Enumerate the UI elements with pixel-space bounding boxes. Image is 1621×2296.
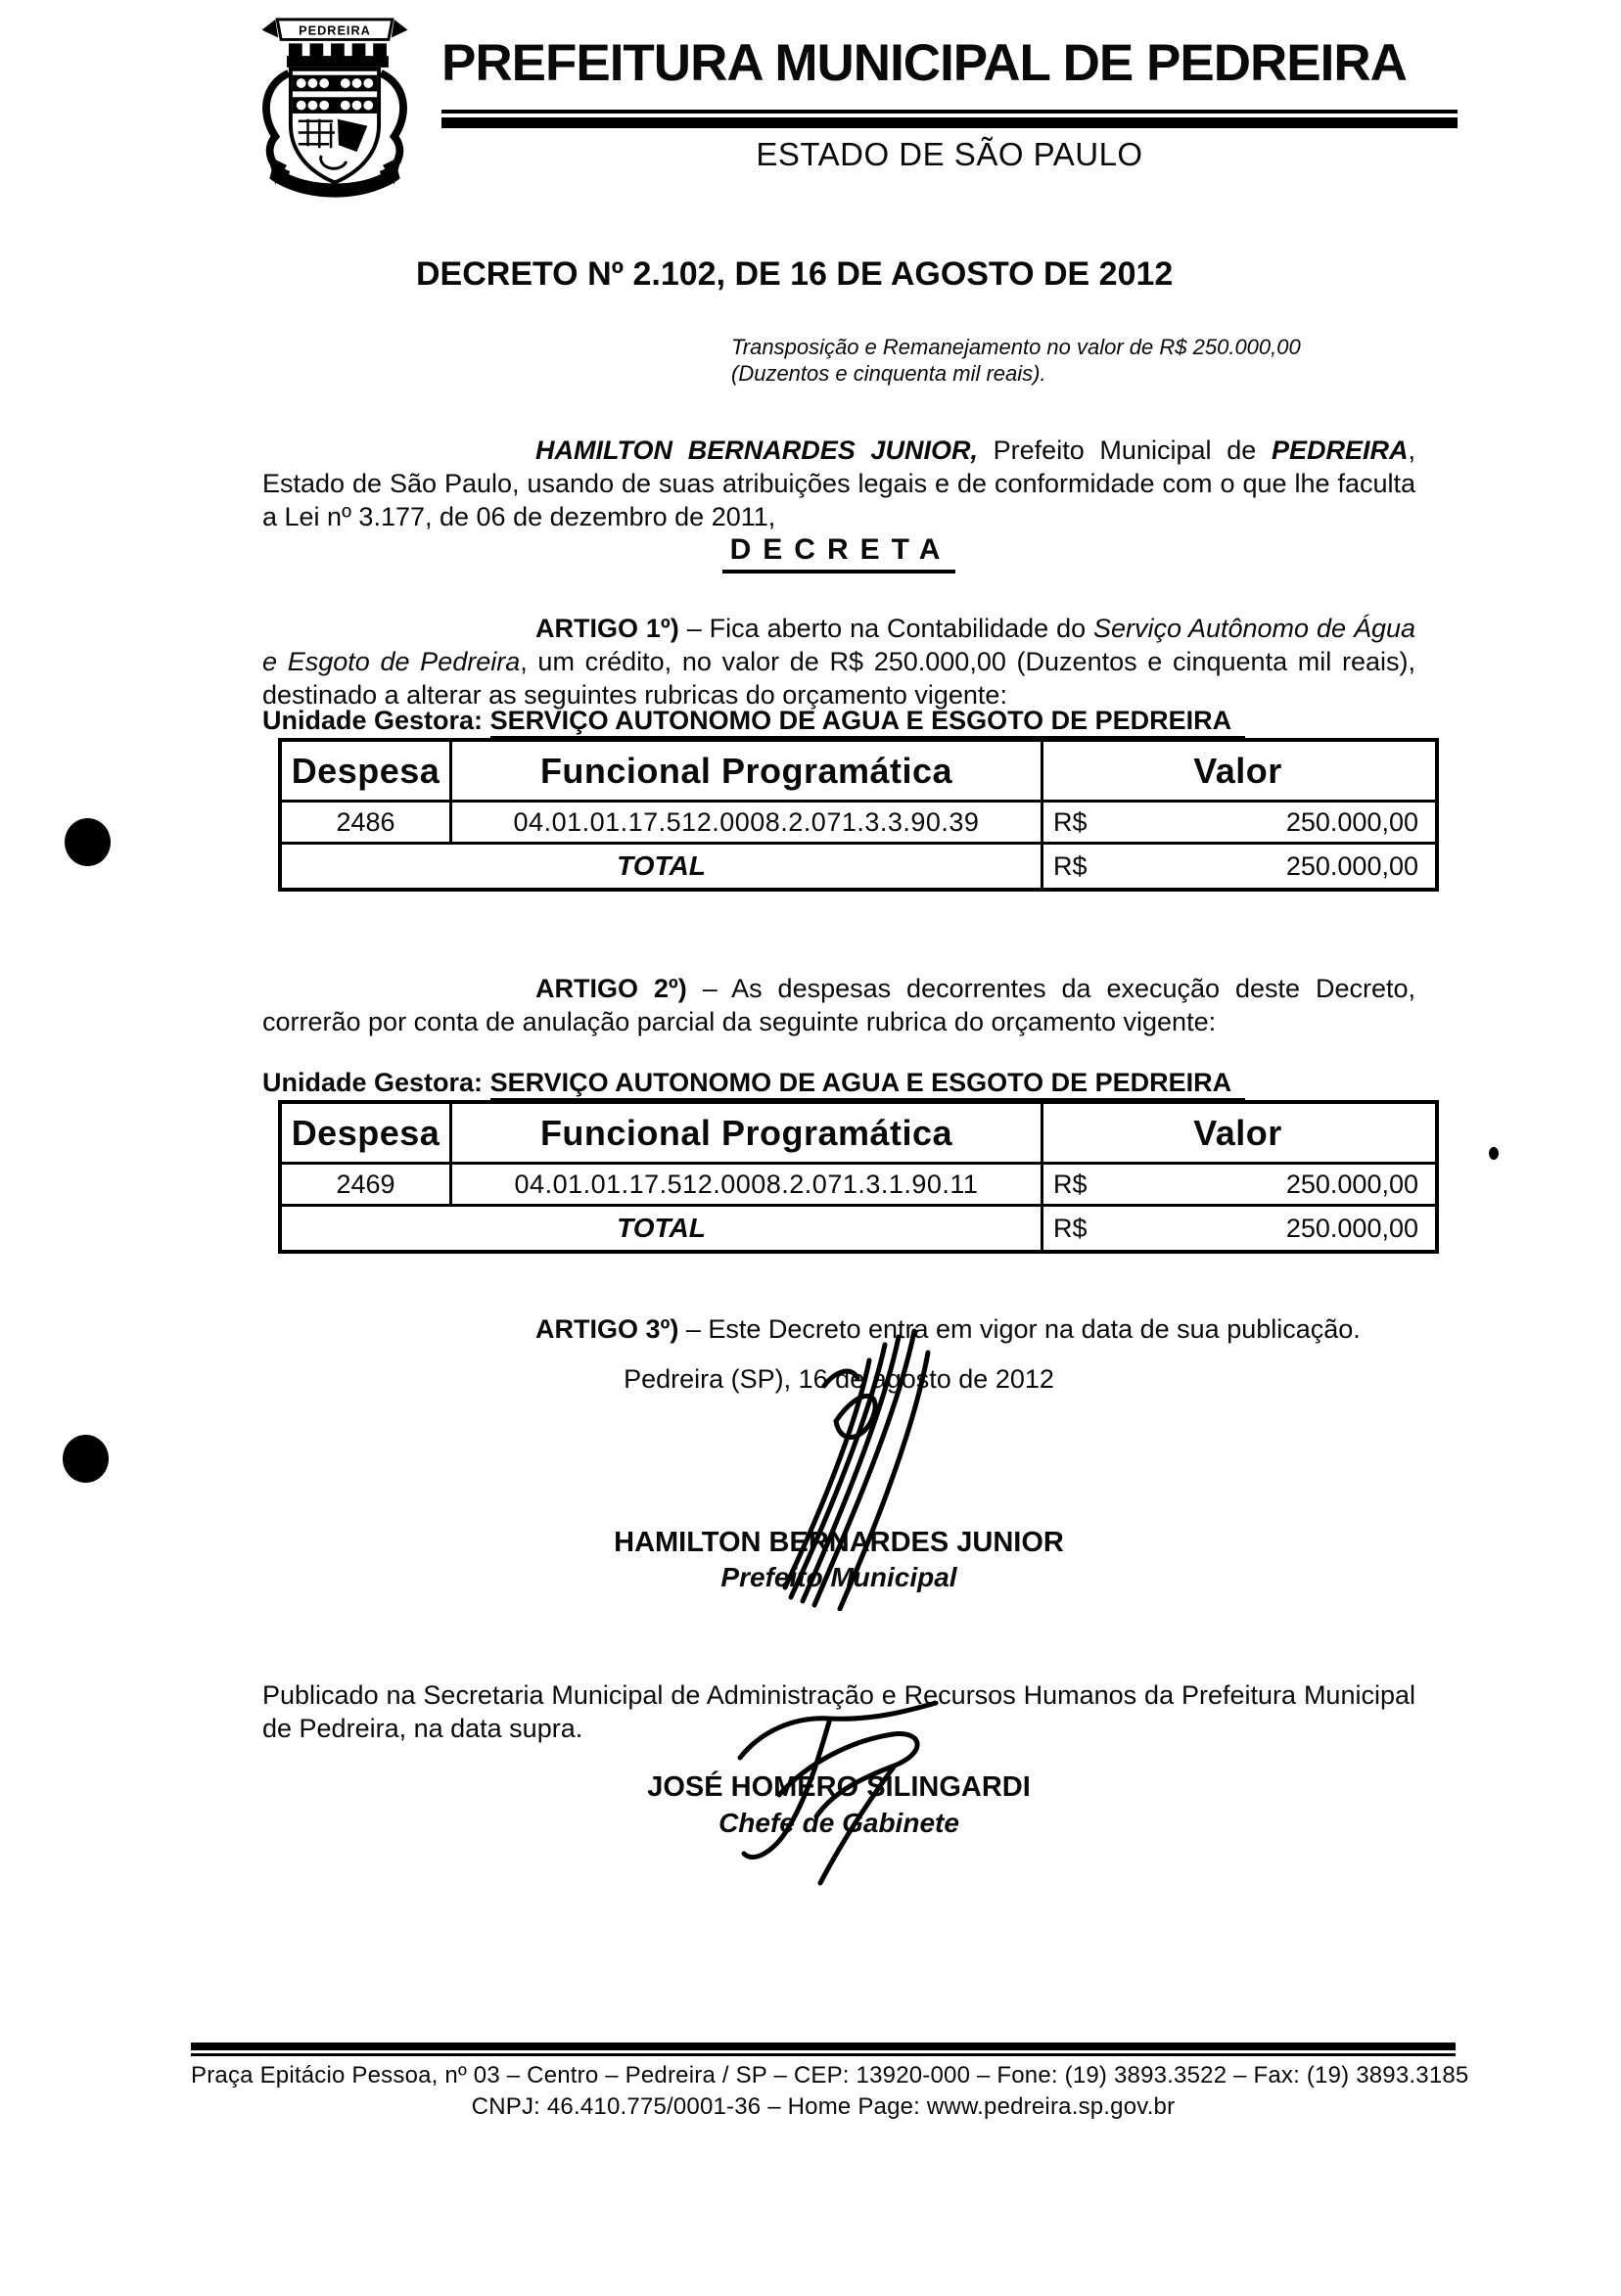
preamble-mid: Prefeito Municipal de [978, 436, 1272, 465]
unidade-gestora-1-value: SERVIÇO AUTONOMO DE AGUA E ESGOTO DE PED… [490, 706, 1246, 741]
budget-table-1: Despesa Funcional Programática Valor 248… [278, 738, 1439, 892]
currency-symbol: R$ [1053, 807, 1088, 838]
crest-banner-text: PEDREIRA [299, 23, 371, 38]
scanned-decree-page: PEDREIRA [0, 0, 1621, 2296]
currency-symbol: R$ [1053, 851, 1088, 882]
decree-epigraph: Transposição e Remanejamento no valor de… [731, 334, 1389, 387]
decreta-heading: DECRETA [722, 533, 956, 574]
total-valor: R$ 250.000,00 [1041, 845, 1432, 888]
column-header-despesa: Despesa [282, 1104, 449, 1162]
amount: 250.000,00 [1286, 851, 1418, 882]
budget-table-1-header-row: Despesa Funcional Programática Valor [282, 742, 1435, 803]
article-2-paragraph: ARTIGO 2º) – As despesas decorrentes da … [262, 972, 1415, 1038]
table-row: 2486 04.01.01.17.512.0008.2.071.3.3.90.3… [282, 803, 1435, 845]
header-organization: PREFEITURA MUNICIPAL DE PEDREIRA [441, 33, 1469, 93]
signature-2-name: JOSÉ HOMERO SILINGARDI [262, 1771, 1415, 1804]
column-header-despesa: Despesa [282, 742, 449, 800]
amount: 250.000,00 [1286, 807, 1418, 838]
signature-1-role: Prefeito Municipal [262, 1562, 1415, 1593]
cell-funcional: 04.01.01.17.512.0008.2.071.3.3.90.39 [449, 803, 1041, 842]
municipal-crest: PEDREIRA [247, 14, 423, 206]
amount: 250.000,00 [1286, 1214, 1418, 1244]
publication-note: Publicado na Secretaria Municipal de Adm… [262, 1678, 1415, 1745]
article-1-lead: – Fica aberto na Contabilidade do [679, 614, 1093, 643]
decree-title: DECRETO Nº 2.102, DE 16 DE AGOSTO DE 201… [416, 255, 1173, 294]
article-1-paragraph: ARTIGO 1º) – Fica aberto na Contabilidad… [262, 612, 1415, 712]
article-2-rest: – As despesas decorrentes da execução de… [262, 974, 1415, 1036]
column-header-valor: Valor [1041, 742, 1432, 800]
signature-2-role: Chefe de Gabinete [262, 1808, 1415, 1839]
preamble-city: PEDREIRA [1272, 436, 1409, 465]
article-2-label: ARTIGO 2º) [535, 974, 687, 1003]
column-header-funcional: Funcional Programática [449, 1104, 1041, 1162]
header-state: ESTADO DE SÃO PAULO [441, 136, 1458, 173]
table-total-row: TOTAL R$ 250.000,00 [282, 845, 1435, 888]
footer-cnpj: CNPJ: 46.410.775/0001-36 – Home Page: ww… [191, 2093, 1456, 2121]
total-label: TOTAL [282, 1207, 1041, 1250]
preamble-mayor-name: HAMILTON BERNARDES JUNIOR, [535, 436, 978, 465]
footer-rule [191, 2043, 1456, 2056]
article-3-label: ARTIGO 3º) [535, 1314, 678, 1344]
article-3-rest: – Este Decreto entra em vigor na data de… [678, 1314, 1360, 1344]
budget-table-2: Despesa Funcional Programática Valor 246… [278, 1100, 1439, 1254]
preamble-paragraph: HAMILTON BERNARDES JUNIOR, Prefeito Muni… [262, 434, 1415, 533]
cell-valor: R$ 250.000,00 [1041, 1165, 1432, 1204]
cell-despesa: 2469 [282, 1165, 449, 1204]
unidade-gestora-1-label: Unidade Gestora: [262, 706, 483, 735]
footer-address: Praça Epitácio Pessoa, nº 03 – Centro – … [191, 2062, 1456, 2089]
unidade-gestora-2: Unidade Gestora: SERVIÇO AUTONOMO DE AGU… [262, 1068, 1245, 1098]
column-header-funcional: Funcional Programática [449, 742, 1041, 800]
unidade-gestora-2-value: SERVIÇO AUTONOMO DE AGUA E ESGOTO DE PED… [490, 1068, 1246, 1103]
punch-hole-top [65, 818, 111, 866]
currency-symbol: R$ [1053, 1214, 1088, 1244]
article-3-paragraph: ARTIGO 3º) – Este Decreto entra em vigor… [262, 1312, 1415, 1346]
ink-speck [1489, 1147, 1499, 1160]
date-line: Pedreira (SP), 16 de agosto de 2012 [262, 1364, 1415, 1395]
total-valor: R$ 250.000,00 [1041, 1207, 1432, 1250]
column-header-valor: Valor [1041, 1104, 1432, 1162]
decreta-heading-wrap: DECRETA [262, 533, 1415, 574]
cell-despesa: 2486 [282, 803, 449, 842]
amount: 250.000,00 [1286, 1170, 1418, 1200]
unidade-gestora-1: Unidade Gestora: SERVIÇO AUTONOMO DE AGU… [262, 706, 1245, 736]
header-rule [441, 110, 1458, 128]
crest-crown [287, 43, 389, 68]
punch-hole-bottom [63, 1435, 109, 1483]
cell-valor: R$ 250.000,00 [1041, 803, 1432, 842]
unidade-gestora-2-label: Unidade Gestora: [262, 1068, 483, 1097]
table-total-row: TOTAL R$ 250.000,00 [282, 1207, 1435, 1250]
total-label: TOTAL [282, 845, 1041, 888]
article-1-label: ARTIGO 1º) [535, 614, 679, 643]
cell-funcional: 04.01.01.17.512.0008.2.071.3.1.90.11 [449, 1165, 1041, 1204]
currency-symbol: R$ [1053, 1170, 1088, 1200]
signature-1-name: HAMILTON BERNARDES JUNIOR [262, 1527, 1415, 1559]
budget-table-2-header-row: Despesa Funcional Programática Valor [282, 1104, 1435, 1165]
table-row: 2469 04.01.01.17.512.0008.2.071.3.1.90.1… [282, 1165, 1435, 1207]
